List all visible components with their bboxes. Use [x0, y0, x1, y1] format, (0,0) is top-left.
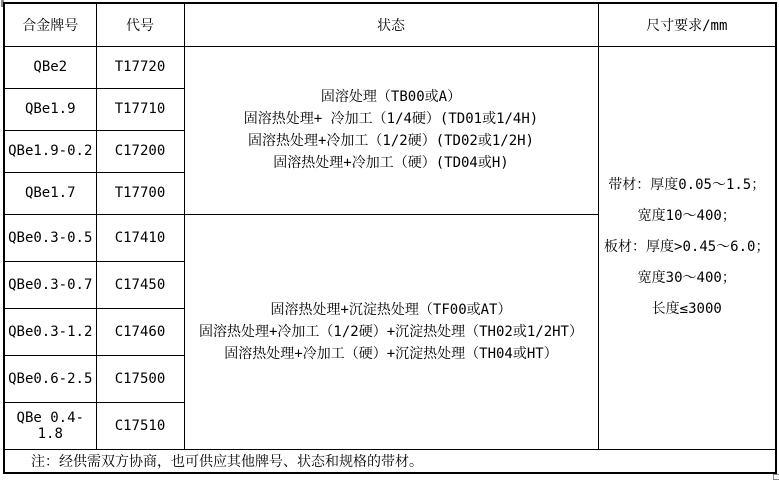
note-cell: 注：经供需双方协商，也可供应其他牌号、状态和规格的带材。 [4, 449, 776, 473]
grade-cell: QBe0.3-0.5 [4, 214, 96, 261]
grade-cell: QBe1.7 [4, 172, 96, 214]
note-row: 注：经供需双方协商，也可供应其他牌号、状态和规格的带材。 [4, 449, 776, 473]
code-cell: T17720 [96, 46, 184, 88]
grade-cell: QBe0.3-0.7 [4, 261, 96, 308]
state-group-cell-1: 固溶处理（TB00或A） 固溶热处理+ 冷加工（1/4硬）(TD01或1/4H)… [184, 46, 598, 214]
code-cell: C17200 [96, 130, 184, 172]
grade-cell: QBe0.6-2.5 [4, 355, 96, 402]
grade-cell: QBe1.9-0.2 [4, 130, 96, 172]
grade-cell: QBe0.3-1.2 [4, 308, 96, 355]
table-resize-handle[interactable] [773, 474, 779, 480]
grade-cell: QBe 0.4-1.8 [4, 402, 96, 449]
header-cell-grade: 合金牌号 [4, 3, 96, 46]
grade-cell: QBe2 [4, 46, 96, 88]
alloy-spec-table-wrapper: 合金牌号 代号 状态 尺寸要求/mm QBe2 T17720 固溶处理（TB00… [3, 2, 777, 474]
size-requirements-cell: 带材：厚度0.05～1.5； 宽度10～400； 板材：厚度>0.45～6.0；… [598, 46, 776, 449]
code-cell: C17510 [96, 402, 184, 449]
code-cell: C17450 [96, 261, 184, 308]
state-group-cell-2: 固溶热处理+沉淀热处理（TF00或AT） 固溶热处理+冷加工（1/2硬）+沉淀热… [184, 214, 598, 449]
header-cell-state: 状态 [184, 3, 598, 46]
code-cell: T17700 [96, 172, 184, 214]
alloy-spec-table: 合金牌号 代号 状态 尺寸要求/mm QBe2 T17720 固溶处理（TB00… [3, 2, 777, 474]
grade-cell: QBe1.9 [4, 88, 96, 130]
code-cell: T17710 [96, 88, 184, 130]
code-cell: C17410 [96, 214, 184, 261]
code-cell: C17460 [96, 308, 184, 355]
header-row: 合金牌号 代号 状态 尺寸要求/mm [4, 3, 776, 46]
code-cell: C17500 [96, 355, 184, 402]
header-cell-code: 代号 [96, 3, 184, 46]
table-row: QBe2 T17720 固溶处理（TB00或A） 固溶热处理+ 冷加工（1/4硬… [4, 46, 776, 88]
header-cell-size: 尺寸要求/mm [598, 3, 776, 46]
